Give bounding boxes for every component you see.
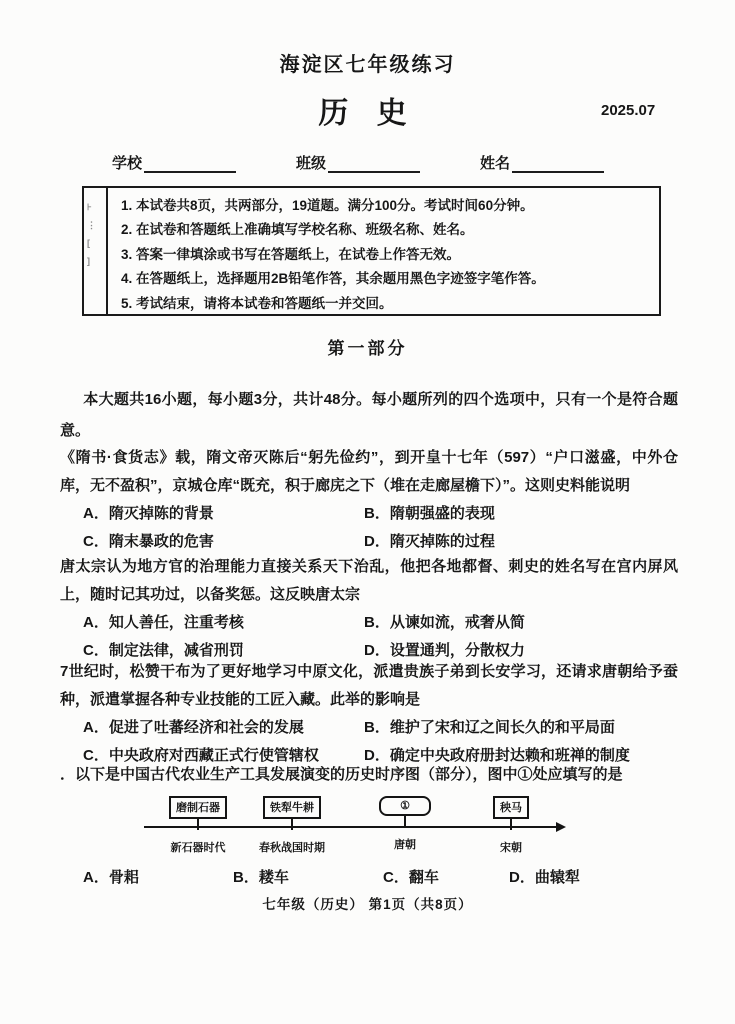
question-2-stem: 唐太宗认为地方官的治理能力直接关系天下治乱，他把各地都督、刺史的姓名写在宫内屏风… bbox=[60, 553, 678, 608]
timeline-tool-box: 秧马 bbox=[493, 796, 529, 819]
option-a: A．知人善任，注重考核 bbox=[83, 609, 364, 637]
question-1-options: A．隋灭掉陈的背景 B．隋朝强盛的表现 C．隋末暴政的危害 D．隋灭掉陈的过程 bbox=[60, 500, 678, 555]
student-fields-row: 学校 班级 姓名 bbox=[112, 152, 604, 173]
timeline-era-label: 宋朝 bbox=[493, 839, 529, 855]
timeline-arrow-icon bbox=[556, 822, 566, 832]
exam-notice-box: ⊦ ⋮ [ ] 1. 本试卷共8页，共两部分，19道题。满分100分。考试时间6… bbox=[82, 186, 661, 316]
question-2-options: A．知人善任，注重考核 B．从谏如流，戒奢从简 C．制定法律，减省刑罚 D．设置… bbox=[60, 609, 678, 664]
exam-paper-page: 海淀区七年级练习 历 史 2025.07 学校 班级 姓名 ⊦ ⋮ [ ] 1.… bbox=[0, 0, 735, 1024]
side-mark: ⋮ bbox=[87, 220, 96, 230]
school-field: 学校 bbox=[112, 152, 236, 173]
option-b: B．耧车 bbox=[233, 865, 383, 891]
question-3: 7世纪时，松赞干布为了更好地学习中原文化，派遣贵族子弟到长安学习，还请求唐朝给予… bbox=[60, 658, 678, 769]
school-label: 学校 bbox=[112, 152, 142, 173]
timeline-tool-box: 磨制石器 bbox=[169, 796, 227, 819]
notice-item: 2. 在试卷和答题纸上准确填写学校名称、班级名称、姓名。 bbox=[121, 218, 649, 242]
question-1: 《隋书·食货志》载，隋文帝灭陈后“躬先俭约”，到开皇十七年（597）“户口滋盛，… bbox=[60, 444, 678, 555]
class-field: 班级 bbox=[296, 152, 420, 173]
notice-item: 1. 本试卷共8页，共两部分，19道题。满分100分。考试时间60分钟。 bbox=[121, 194, 649, 218]
option-b: B．隋朝强盛的表现 bbox=[364, 500, 678, 528]
timeline-tick bbox=[291, 819, 293, 830]
option-d: D．隋灭掉陈的过程 bbox=[364, 528, 678, 556]
page-footer: 七年级（历史） 第1页（共8页） bbox=[0, 893, 735, 913]
class-underline bbox=[328, 156, 420, 173]
side-mark: ] bbox=[87, 256, 90, 266]
section-title: 第一部分 bbox=[0, 334, 735, 359]
farm-tools-timeline-diagram: 磨制石器 新石器时代 铁犁牛耕 春秋战国时期 ① 唐朝 秧马 宋朝 bbox=[144, 796, 576, 860]
option-a: A．骨耜 bbox=[83, 865, 233, 891]
option-a: A．促进了吐蕃经济和社会的发展 bbox=[83, 714, 364, 742]
option-b: B．维护了宋和辽之间长久的和平局面 bbox=[364, 714, 678, 742]
option-a: A．隋灭掉陈的背景 bbox=[83, 500, 364, 528]
timeline-station-warring-states: 铁犁牛耕 春秋战国时期 bbox=[259, 796, 325, 855]
timeline-era-label: 唐朝 bbox=[379, 836, 431, 852]
notice-list: 1. 本试卷共8页，共两部分，19道题。满分100分。考试时间60分钟。 2. … bbox=[108, 188, 659, 314]
timeline-era-label: 新石器时代 bbox=[169, 839, 227, 855]
option-d: D．曲辕犁 bbox=[509, 865, 678, 891]
name-underline bbox=[512, 156, 604, 173]
timeline-era-label: 春秋战国时期 bbox=[259, 839, 325, 855]
side-mark: [ bbox=[87, 238, 90, 248]
question-1-stem: 《隋书·食货志》载，隋文帝灭陈后“躬先俭约”，到开皇十七年（597）“户口滋盛，… bbox=[60, 444, 678, 499]
timeline-station-neolithic: 磨制石器 新石器时代 bbox=[169, 796, 227, 855]
timeline-station-tang: ① 唐朝 bbox=[379, 796, 431, 852]
exam-date: 2025.07 bbox=[601, 102, 655, 119]
side-mark: ⊦ bbox=[87, 202, 92, 212]
timeline-station-song: 秧马 宋朝 bbox=[493, 796, 529, 855]
school-underline bbox=[144, 156, 236, 173]
notice-item: 5. 考试结束，请将本试卷和答题纸一并交回。 bbox=[121, 292, 649, 316]
question-4-options: A．骨耜 B．耧车 C．翻车 D．曲辕犁 bbox=[60, 865, 678, 891]
timeline-tick bbox=[404, 816, 406, 827]
question-4: ．以下是中国古代农业生产工具发展演变的历史时序图（部分），图中①处应填写的是 磨… bbox=[60, 761, 678, 891]
region-title: 海淀区七年级练习 bbox=[0, 48, 735, 77]
timeline-tick bbox=[510, 819, 512, 830]
option-c: C．翻车 bbox=[383, 865, 509, 891]
option-c: C．隋末暴政的危害 bbox=[83, 528, 364, 556]
notice-item: 3. 答案一律填涂或书写在答题纸上，在试卷上作答无效。 bbox=[121, 243, 649, 267]
question-3-stem: 7世纪时，松赞干布为了更好地学习中原文化，派遣贵族子弟到长安学习，还请求唐朝给予… bbox=[60, 658, 678, 713]
notice-side-column: ⊦ ⋮ [ ] bbox=[84, 188, 108, 314]
timeline-tool-box-blank: ① bbox=[379, 796, 431, 816]
question-4-stem: ．以下是中国古代农业生产工具发展演变的历史时序图（部分），图中①处应填写的是 bbox=[60, 761, 678, 789]
timeline-tool-box: 铁犁牛耕 bbox=[263, 796, 321, 819]
timeline-tick bbox=[197, 819, 199, 830]
class-label: 班级 bbox=[296, 152, 326, 173]
question-2: 唐太宗认为地方官的治理能力直接关系天下治乱，他把各地都督、刺史的姓名写在宫内屏风… bbox=[60, 553, 678, 664]
option-b: B．从谏如流，戒奢从简 bbox=[364, 609, 678, 637]
name-field: 姓名 bbox=[480, 152, 604, 173]
name-label: 姓名 bbox=[480, 152, 510, 173]
notice-item: 4. 在答题纸上，选择题用2B铅笔作答，其余题用黑色字迹签字笔作答。 bbox=[121, 267, 649, 291]
section-intro: 本大题共16小题，每小题3分，共计48分。每小题所列的四个选项中，只有一个是符合… bbox=[60, 384, 678, 446]
